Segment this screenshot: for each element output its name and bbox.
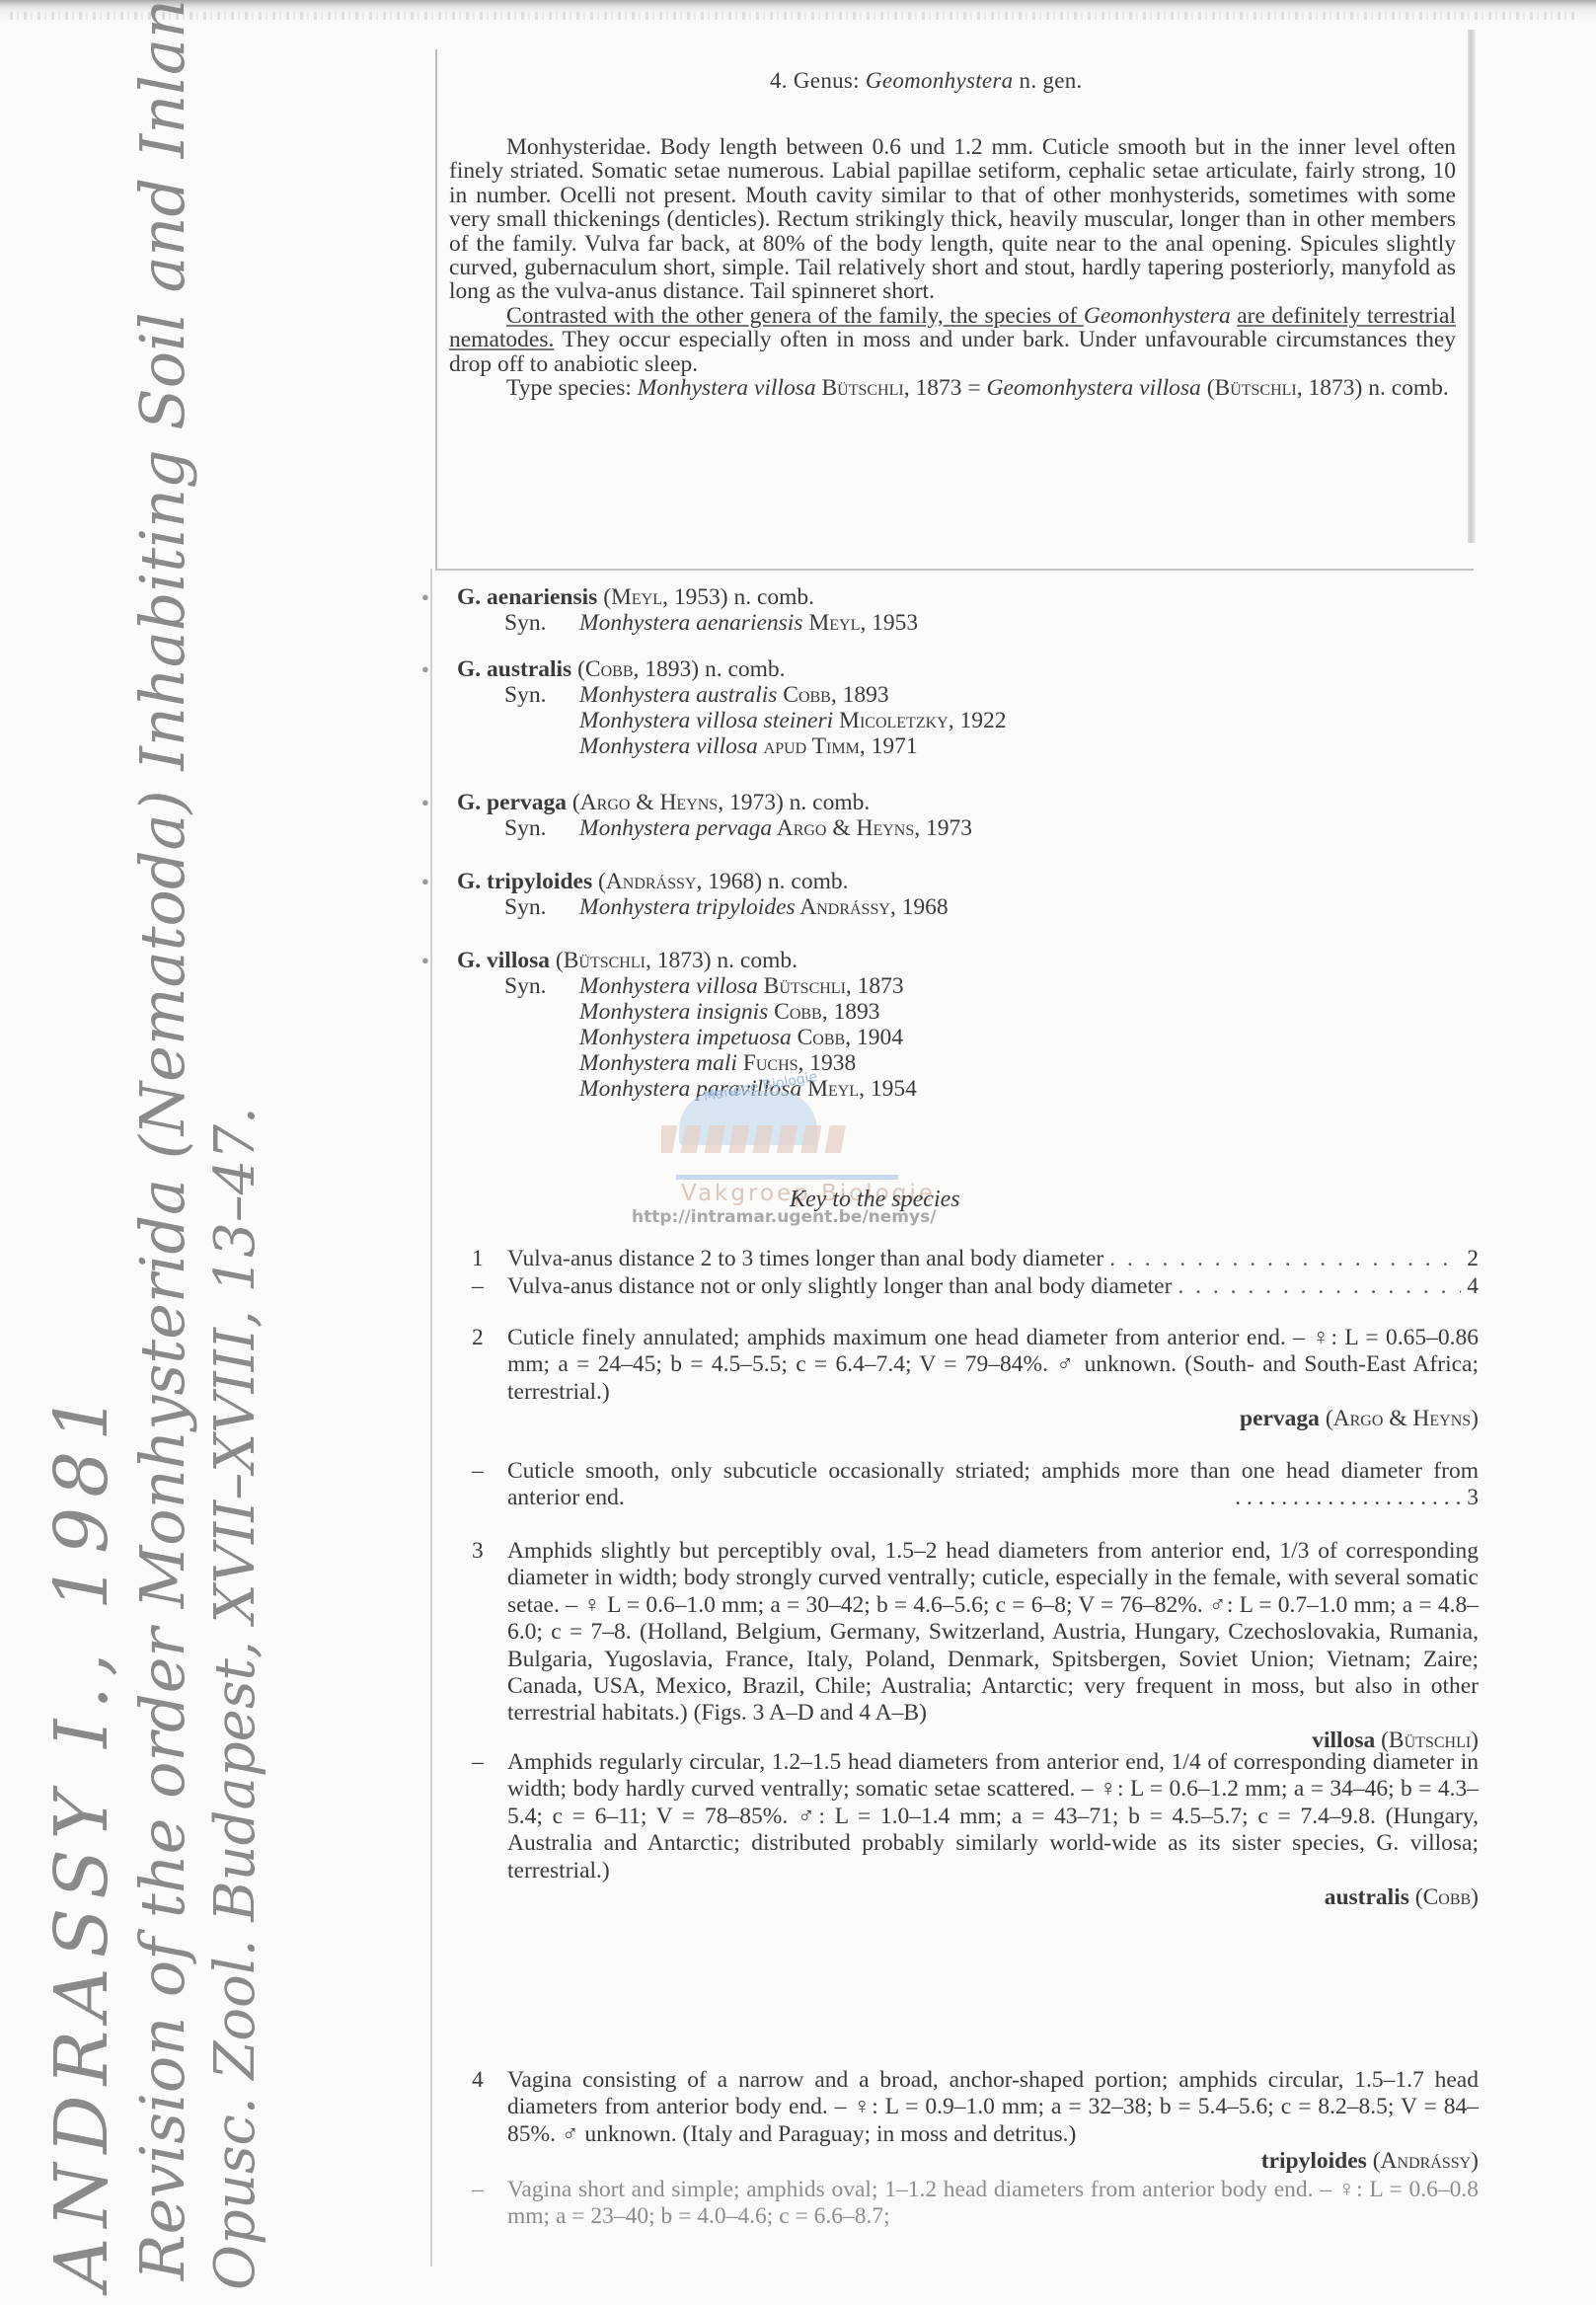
couplet-number: –	[472, 1749, 495, 1776]
margin-dot-mark: ●	[421, 948, 429, 973]
species-name: G. australis	[457, 656, 571, 682]
synonym-block: Syn.Monhystera aenariensis Meyl, 1953	[457, 610, 918, 636]
couplet-text: Amphids regularly circular, 1.2–1.5 head…	[507, 1749, 1479, 1884]
diagnosis-paragraph: Monhysteridae. Body length between 0.6 u…	[449, 135, 1456, 304]
scan-noise	[10, 12, 1576, 20]
margin-dot-mark: ●	[421, 790, 429, 815]
synonym: Monhystera villosa steineri Micoletzky, …	[579, 708, 1006, 733]
synonym-block: Syn.Monhystera australis Cobb, 1893Monhy…	[457, 682, 1006, 759]
synonym-block: Syn.Monhystera villosa Bütschli, 1873Mon…	[457, 973, 917, 1102]
key-couplet: 1Vulva-anus distance 2 to 3 times longer…	[472, 1246, 1479, 1272]
syn-label	[504, 1025, 579, 1050]
couplet-number: –	[472, 1458, 495, 1485]
couplet-number: 3	[472, 1538, 495, 1565]
couplet-lead: Vulva-anus distance 2 to 3 times longer …	[507, 1246, 1479, 1272]
couplet-result: tripyloides (Andrássy)	[507, 2148, 1479, 2175]
handwritten-author-note: ANDRASSY I., 1981	[39, 1385, 124, 2290]
couplet-number: –	[472, 2177, 495, 2203]
species-entry: ●G. aenariensis (Meyl, 1953) n. comb.Syn…	[457, 584, 918, 636]
species-author: Meyl	[611, 584, 662, 610]
couplet-text: Vulva-anus distance 2 to 3 times longer …	[507, 1246, 1103, 1272]
species-entry: ●G. pervaga (Argo & Heyns, 1973) n. comb…	[457, 790, 972, 841]
syn-label	[504, 733, 579, 759]
couplet-result: pervaga (Argo & Heyns)	[507, 1406, 1479, 1432]
syn-label: Syn.	[504, 610, 579, 636]
species-year: , 1973) n. comb.	[718, 790, 870, 815]
synonym: Monhystera villosa apud Timm, 1971	[579, 733, 1006, 759]
species-name: G. tripyloides	[457, 869, 592, 894]
synonym: Monhystera aenariensis Meyl, 1953	[579, 610, 918, 636]
syn-label	[504, 708, 579, 733]
species-name-line: G. australis (Cobb, 1893) n. comb.	[457, 656, 1006, 682]
synonym: Monhystera pervaga Argo & Heyns, 1973	[579, 815, 972, 841]
syn-label: Syn.	[504, 815, 579, 841]
synonym: Monhystera australis Cobb, 1893	[579, 682, 1006, 708]
key-couplet: –Vagina short and simple; amphids oval; …	[472, 2177, 1479, 2231]
handwritten-title-note: Revision of the order Monhysterida (Nema…	[126, 0, 198, 2280]
syn-label	[504, 1076, 579, 1102]
watermark-logo-waves	[661, 1125, 849, 1153]
scan-top-edge	[0, 0, 1596, 26]
key-title: Key to the species	[790, 1187, 960, 1213]
couplet-number: 1	[472, 1246, 495, 1272]
genus-diagnosis: Monhysteridae. Body length between 0.6 u…	[449, 135, 1456, 400]
species-entry: ●G. tripyloides (Andrássy, 1968) n. comb…	[457, 869, 949, 920]
species-name: G. villosa	[457, 948, 550, 973]
species-name: G. pervaga	[457, 790, 567, 815]
couplet-text: Vagina short and simple; amphids oval; 1…	[507, 2177, 1479, 2231]
species-entry: ●G. australis (Cobb, 1893) n. comb.Syn.M…	[457, 656, 1006, 759]
key-couplet: –Vulva-anus distance not or only slightl…	[472, 1273, 1479, 1300]
ecology-paragraph: Contrasted with the other genera of the …	[449, 304, 1456, 376]
species-author: Cobb	[585, 656, 634, 682]
synonym: Monhystera tripyloides Andrássy, 1968	[579, 894, 949, 920]
key-couplet: –Cuticle smooth, only subcuticle occasio…	[472, 1458, 1479, 1512]
species-year: , 1893) n. comb.	[634, 656, 786, 682]
couplet-text: Vulva-anus distance not or only slightly…	[507, 1273, 1172, 1300]
syn-label: Syn.	[504, 973, 579, 999]
couplet-lead: Vulva-anus distance not or only slightly…	[507, 1273, 1479, 1300]
goto-number: 4	[1467, 1273, 1479, 1300]
pasted-slip-shadow	[1468, 30, 1476, 543]
genus-number: 4. Genus:	[770, 68, 860, 93]
key-couplet: 3Amphids slightly but perceptibly oval, …	[472, 1538, 1479, 1754]
synonym: Monhystera insignis Cobb, 1893	[579, 999, 917, 1025]
synonym-block: Syn.Monhystera pervaga Argo & Heyns, 197…	[457, 815, 972, 841]
species-author: Bütschli	[564, 948, 646, 973]
watermark-logo-bar	[676, 1175, 898, 1180]
margin-dot-mark: ●	[421, 869, 429, 894]
key-couplet: 2Cuticle finely annulated; amphids maxim…	[472, 1325, 1479, 1433]
species-year: , 1968) n. comb.	[696, 869, 848, 894]
species-year: , 1873) n. comb.	[646, 948, 798, 973]
species-name-line: G. pervaga (Argo & Heyns, 1973) n. comb.	[457, 790, 972, 815]
couplet-number: –	[472, 1273, 495, 1300]
goto-number: . . . . . . . . . . . . . . . . . . . . …	[1235, 1485, 1479, 1511]
species-name: G. aenariensis	[457, 584, 597, 610]
syn-label	[504, 1050, 579, 1076]
couplet-text: Amphids slightly but perceptibly oval, 1…	[507, 1538, 1479, 1728]
margin-dot-mark: ●	[421, 584, 429, 610]
couplet-result: australis (Cobb)	[507, 1884, 1479, 1911]
type-species-paragraph: Type species: Monhystera villosa Bütschl…	[449, 376, 1456, 400]
synonym: Monhystera impetuosa Cobb, 1904	[579, 1025, 917, 1050]
goto-number: 2	[1467, 1246, 1479, 1272]
species-name-line: G. tripyloides (Andrássy, 1968) n. comb.	[457, 869, 949, 894]
couplet-text: Cuticle smooth, only subcuticle occasion…	[507, 1458, 1479, 1512]
synonym: Monhystera villosa Bütschli, 1873	[579, 973, 917, 999]
couplet-text: Vagina consisting of a narrow and a broa…	[507, 2067, 1479, 2148]
species-entry: ●G. villosa (Bütschli, 1873) n. comb.Syn…	[457, 948, 917, 1102]
couplet-number: 4	[472, 2067, 495, 2094]
species-author: Andrássy	[606, 869, 697, 894]
synonym: Monhystera mali Fuchs, 1938	[579, 1050, 917, 1076]
couplet-number: 2	[472, 1325, 495, 1351]
synonym-block: Syn.Monhystera tripyloides Andrássy, 196…	[457, 894, 949, 920]
leader-dots	[1178, 1273, 1461, 1300]
species-year: , 1953) n. comb.	[662, 584, 814, 610]
key-couplet: 4Vagina consisting of a narrow and a bro…	[472, 2067, 1479, 2176]
genus-name: Geomonhystera	[866, 68, 1014, 93]
syn-label	[504, 999, 579, 1025]
syn-label: Syn.	[504, 894, 579, 920]
key-couplet: –Amphids regularly circular, 1.2–1.5 hea…	[472, 1749, 1479, 1911]
margin-dot-mark: ●	[421, 656, 429, 682]
leader-dots	[1109, 1246, 1461, 1272]
handwritten-journal-note: Opusc. Zool. Budapest, XVII–XVIII, 13–47…	[203, 1107, 267, 2290]
genus-suffix: n. gen.	[1020, 68, 1083, 93]
species-author: Argo & Heyns	[580, 790, 719, 815]
couplet-text: Cuticle finely annulated; amphids maximu…	[507, 1325, 1479, 1406]
syn-label: Syn.	[504, 682, 579, 708]
genus-heading: 4. Genus: Geomonhystera n. gen.	[770, 67, 1083, 94]
margin-rule	[430, 569, 432, 2267]
species-name-line: G. aenariensis (Meyl, 1953) n. comb.	[457, 584, 918, 610]
species-name-line: G. villosa (Bütschli, 1873) n. comb.	[457, 948, 917, 973]
